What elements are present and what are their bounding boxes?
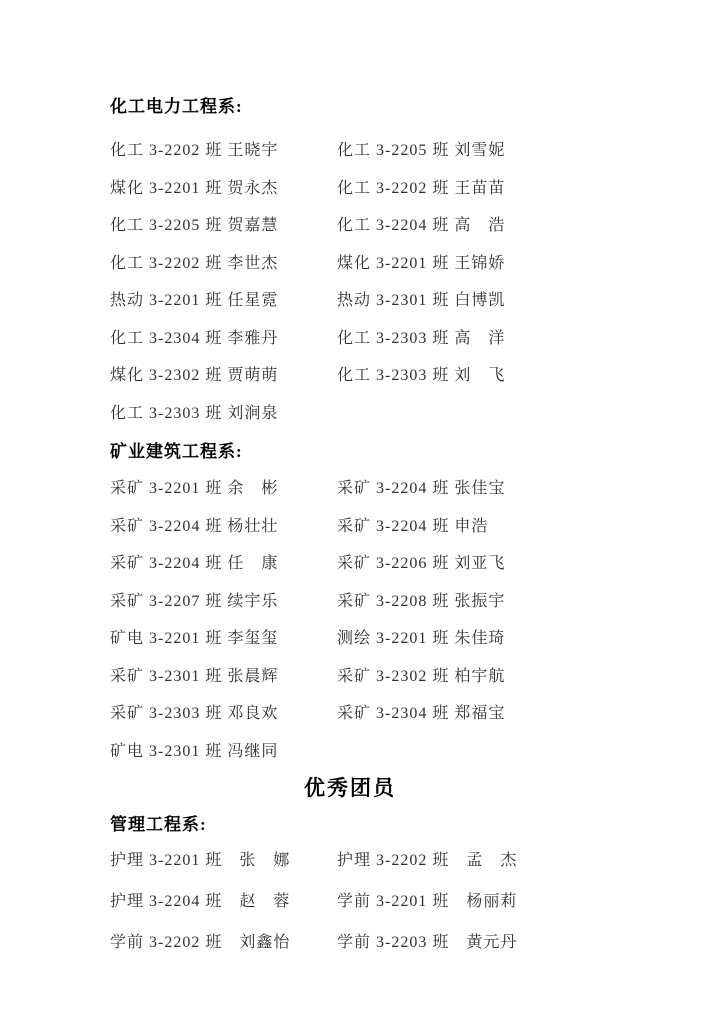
roster-row: 矿电 3-2201 班 李玺玺 测绘 3-2201 班 朱佳琦 [110,630,590,668]
section-heading: 矿业建筑工程系: [110,442,590,462]
roster-entry: 化工 3-2202 班 王苗苗 [337,180,590,218]
roster-entry: 学前 3-2201 班 杨丽莉 [337,893,590,934]
roster-row: 热动 3-2201 班 任星霓 热动 3-2301 班 白博凯 [110,292,590,330]
roster-entry: 化工 3-2205 班 贺嘉慧 [110,217,337,255]
roster-entry: 煤化 3-2201 班 贺永杰 [110,180,337,218]
roster-row: 采矿 3-2204 班 任 康 采矿 3-2206 班 刘亚飞 [110,555,590,593]
roster-entry: 采矿 3-2207 班 续宇乐 [110,593,337,631]
roster-entry: 化工 3-2304 班 李雅丹 [110,330,337,368]
roster-entry: 采矿 3-2204 班 任 康 [110,555,337,593]
roster-entry: 采矿 3-2206 班 刘亚飞 [337,555,590,593]
roster-entry: 采矿 3-2201 班 余 彬 [110,480,337,518]
section-heading: 化工电力工程系: [110,97,590,117]
roster-entry: 护理 3-2202 班 孟 杰 [337,852,590,893]
roster-entry: 采矿 3-2301 班 张晨辉 [110,668,337,706]
roster-row: 采矿 3-2303 班 邓良欢 采矿 3-2304 班 郑福宝 [110,705,590,743]
roster-row: 学前 3-2202 班 刘鑫怡 学前 3-2203 班 黄元丹 [110,934,590,975]
roster-entry: 化工 3-2303 班 高 洋 [337,330,590,368]
roster-entry: 测绘 3-2201 班 朱佳琦 [337,630,590,668]
roster-entry: 煤化 3-2201 班 王锦娇 [337,255,590,293]
roster-row: 化工 3-2205 班 贺嘉慧 化工 3-2204 班 高 浩 [110,217,590,255]
roster-row: 采矿 3-2204 班 杨壮壮 采矿 3-2204 班 申浩 [110,518,590,556]
roster-entry: 热动 3-2301 班 白博凯 [337,292,590,330]
roster-entry: 采矿 3-2304 班 郑福宝 [337,705,590,743]
roster-entry: 热动 3-2201 班 任星霓 [110,292,337,330]
roster-entry: 采矿 3-2204 班 申浩 [337,518,590,556]
roster-row: 护理 3-2201 班 张 娜 护理 3-2202 班 孟 杰 [110,852,590,893]
roster-entry: 采矿 3-2303 班 邓良欢 [110,705,337,743]
section-heading: 管理工程系: [110,815,590,835]
section-mining-construction-engineering: 矿业建筑工程系: 采矿 3-2201 班 余 彬 采矿 3-2204 班 张佳宝… [110,442,590,780]
roster-row: 化工 3-2303 班 刘涧泉 [110,405,590,443]
roster-entry: 采矿 3-2204 班 张佳宝 [337,480,590,518]
roster-row: 化工 3-2304 班 李雅丹 化工 3-2303 班 高 洋 [110,330,590,368]
roster-entry: 化工 3-2303 班 刘 飞 [337,367,590,405]
roster-entry: 学前 3-2203 班 黄元丹 [337,934,590,975]
roster-entry: 学前 3-2202 班 刘鑫怡 [110,934,337,975]
roster-row: 化工 3-2202 班 李世杰 煤化 3-2201 班 王锦娇 [110,255,590,293]
roster-row: 煤化 3-2302 班 贾萌萌 化工 3-2303 班 刘 飞 [110,367,590,405]
roster-row: 采矿 3-2207 班 续宇乐 采矿 3-2208 班 张振宇 [110,593,590,631]
roster-entry: 化工 3-2202 班 王晓宇 [110,142,337,180]
roster-row: 采矿 3-2201 班 余 彬 采矿 3-2204 班 张佳宝 [110,480,590,518]
document-page: 化工电力工程系: 化工 3-2202 班 王晓宇 化工 3-2205 班 刘雪妮… [0,0,720,1018]
roster-entry: 采矿 3-2302 班 柏宇航 [337,668,590,706]
roster-entry: 护理 3-2201 班 张 娜 [110,852,337,893]
roster-entry: 煤化 3-2302 班 贾萌萌 [110,367,337,405]
roster-row: 化工 3-2202 班 王晓宇 化工 3-2205 班 刘雪妮 [110,142,590,180]
roster-entry: 化工 3-2303 班 刘涧泉 [110,405,337,443]
roster-row: 煤化 3-2201 班 贺永杰 化工 3-2202 班 王苗苗 [110,180,590,218]
roster-entry: 化工 3-2202 班 李世杰 [110,255,337,293]
roster-entry: 化工 3-2204 班 高 浩 [337,217,590,255]
roster-entry [337,405,590,443]
roster-entry: 采矿 3-2208 班 张振宇 [337,593,590,631]
document-content: 化工电力工程系: 化工 3-2202 班 王晓宇 化工 3-2205 班 刘雪妮… [110,97,590,975]
roster-entry: 化工 3-2205 班 刘雪妮 [337,142,590,180]
roster-row: 护理 3-2204 班 赵 蓉 学前 3-2201 班 杨丽莉 [110,893,590,934]
roster-entry: 护理 3-2204 班 赵 蓉 [110,893,337,934]
roster-entry: 采矿 3-2204 班 杨壮壮 [110,518,337,556]
section-chemical-power-engineering: 化工电力工程系: 化工 3-2202 班 王晓宇 化工 3-2205 班 刘雪妮… [110,97,590,442]
roster-entry: 矿电 3-2301 班 冯继同 [110,743,337,781]
section-management-engineering: 管理工程系: 护理 3-2201 班 张 娜 护理 3-2202 班 孟 杰 护… [110,815,590,975]
roster-row: 采矿 3-2301 班 张晨辉 采矿 3-2302 班 柏宇航 [110,668,590,706]
roster-entry: 矿电 3-2201 班 李玺玺 [110,630,337,668]
